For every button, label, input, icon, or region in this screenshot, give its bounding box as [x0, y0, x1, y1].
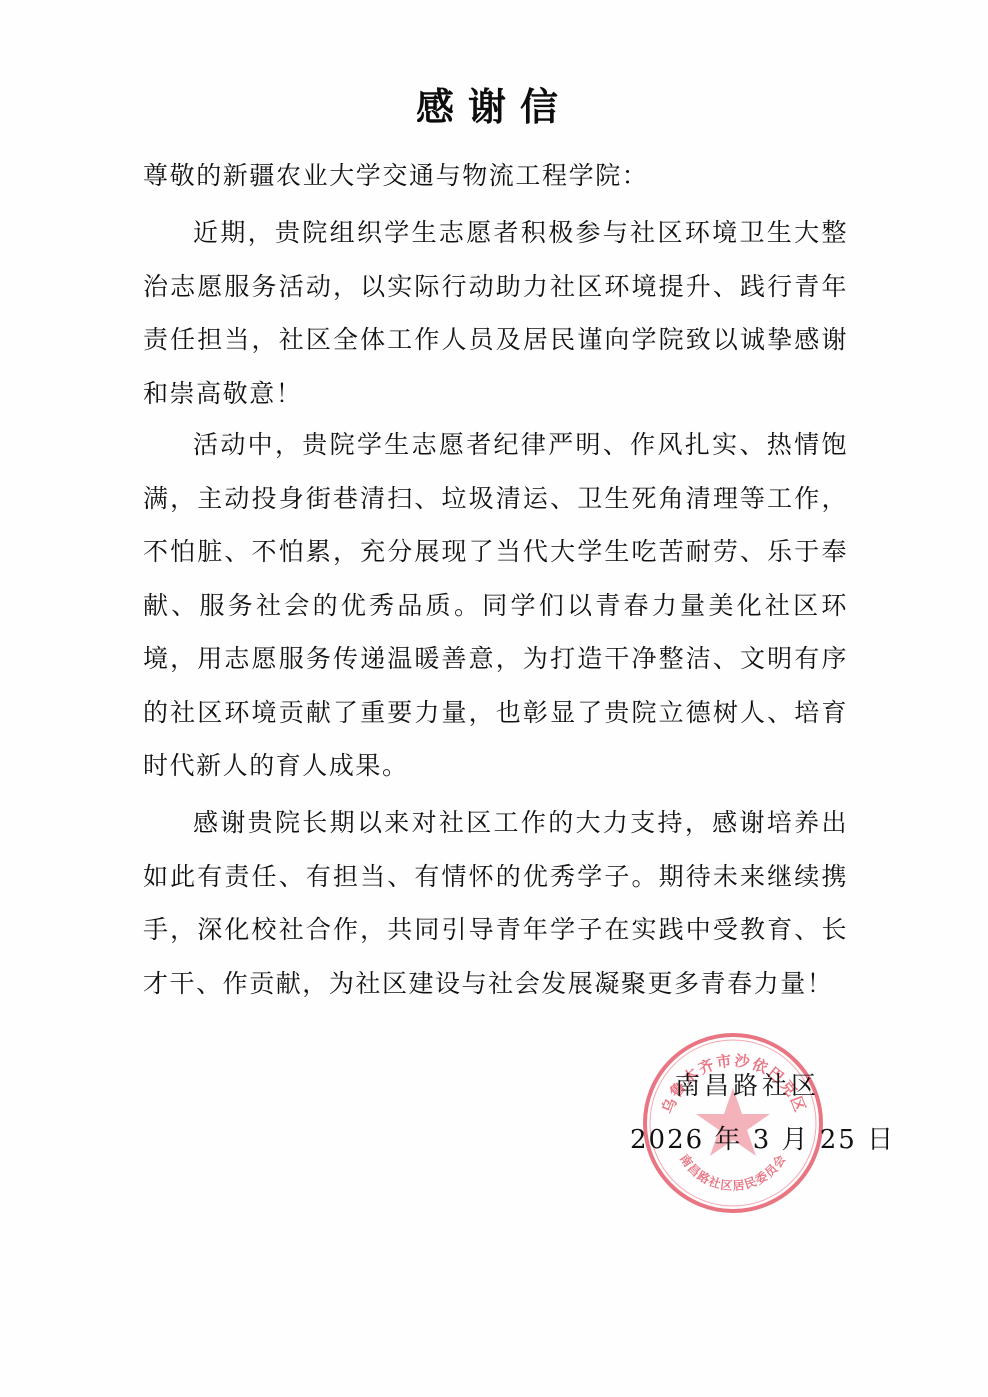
paragraph-3: 感谢贵院长期以来对社区工作的大力支持，感谢培养出如此有责任、有担当、有情怀的优秀… [143, 796, 848, 1010]
salutation: 尊敬的新疆农业大学交通与物流工程学院： [143, 158, 648, 194]
signature-date: 2026 年 3 月 25 日 [630, 1122, 895, 1158]
paragraph-2: 活动中，贵院学生志愿者纪律严明、作风扎实、热情饱满，主动投身街巷清扫、垃圾清运、… [143, 418, 848, 793]
paragraph-1: 近期，贵院组织学生志愿者积极参与社区环境卫生大整治志愿服务活动，以实际行动助力社… [143, 206, 848, 420]
signature-organization: 南昌路社区 [675, 1068, 820, 1104]
letter-title: 感谢信 [0, 82, 988, 132]
letter-page: 感谢信 尊敬的新疆农业大学交通与物流工程学院： 近期，贵院组织学生志愿者积极参与… [0, 0, 988, 1397]
